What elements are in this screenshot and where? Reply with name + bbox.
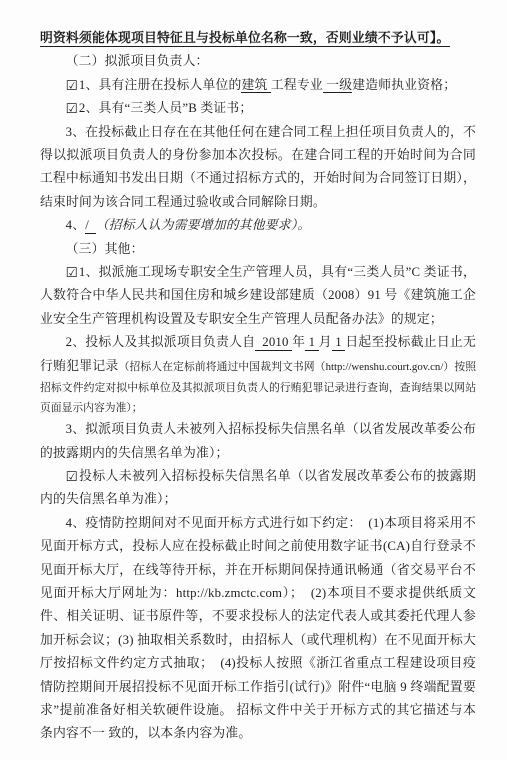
checked-checkbox-icon: ☑ [66, 265, 78, 281]
text-segment: 年 [292, 335, 305, 349]
text-segment: 4、疫情防控期间对不见面开标方式进行如下约定： (1)本项目将采用不见面开标方式… [40, 516, 476, 741]
text-segment: 一级 [323, 78, 352, 94]
text-segment: 3、拟派项目负责人未被列入招标投标失信黑名单（以省发展改革委公布的披露期内的失信… [40, 422, 476, 459]
text-segment: 明资料须能体现项目特征且与投标单位名称一致，否则业绩不予认可】。 [40, 31, 450, 47]
checked-checkbox-icon: ☑ [66, 101, 78, 117]
text-segment: 1 [305, 335, 319, 351]
other-item-bidder-not-blacklisted: ☑投标人未被列入招标投标失信黑名单（以省发展改革委公布的披露期内的失信黑名单为准… [40, 465, 476, 512]
other-item-1-safety-officers: ☑1、拟派施工现场专职安全生产管理人员，具有“三类人员”C 类证书，人数符合中华… [40, 261, 476, 331]
item-1-registered-constructor-qualification: ☑1、具有注册在投标人单位的建筑 工程专业 一级建造师执业资格； [40, 74, 476, 97]
text-segment: / [85, 218, 96, 234]
checked-checkbox-icon: ☑ [66, 78, 78, 94]
text-segment: （二）拟派项目负责人： [66, 54, 209, 68]
text-segment: 1 [332, 335, 346, 351]
document-body: 明资料须能体现项目特征且与投标单位名称一致，否则业绩不予认可】。（二）拟派项目负… [40, 27, 476, 746]
item-3-no-concurrent-projects: 3、在投标截止日存在在其他任何在建合同工程上担任项目负责人的，不得以拟派项目负责… [40, 121, 476, 215]
continuation-proof-requirement: 明资料须能体现项目特征且与投标单位名称一致，否则业绩不予认可】。 [40, 27, 476, 50]
text-segment: 2、具有“三类人员”B 类证书； [79, 101, 252, 115]
checked-checkbox-icon: ☑ [66, 469, 78, 485]
text-segment: （三）其他： [66, 242, 144, 256]
section-2-heading-proposed-project-leader: （二）拟派项目负责人： [40, 50, 476, 73]
other-item-2-no-bribery-record: 2、投标人及其拟派项目负责人自 2010 年 1 月 1 日起至投标截止日止无行… [40, 331, 476, 418]
text-segment: 建筑 [241, 78, 270, 94]
text-segment: 1、拟派施工现场专职安全生产管理人员，具有“三类人员”C 类证书，人数符合中华人… [40, 265, 476, 326]
text-segment: 3、在投标截止日存在在其他任何在建合同工程上担任项目负责人的，不得以拟派项目负责… [40, 125, 476, 209]
text-segment: 投标人未被列入招标投标失信黑名单（以省发展改革委公布的披露期内的失信黑名单为准）… [40, 469, 476, 506]
text-segment: 建造师执业资格； [352, 78, 456, 92]
text-segment: 2010 [255, 335, 292, 351]
item-2-class-b-certificate: ☑2、具有“三类人员”B 类证书； [40, 97, 476, 120]
text-segment: 1、具有注册在投标人单位的 [79, 78, 242, 92]
text-segment: 2、投标人及其拟派项目负责人自 [66, 335, 256, 349]
item-4-other-requirements-blank: 4、/ （招标人认为需要增加的其他要求）。 [40, 214, 476, 237]
section-3-heading-others: （三）其他： [40, 238, 476, 261]
other-item-4-remote-bid-opening: 4、疫情防控期间对不见面开标方式进行如下约定： (1)本项目将采用不见面开标方式… [40, 512, 476, 746]
text-segment: 4、 [66, 218, 86, 232]
document-page: 明资料须能体现项目特征且与投标单位名称一致，否则业绩不予认可】。（二）拟派项目负… [0, 0, 507, 760]
text-segment: 月 [319, 335, 332, 349]
text-segment: （招标人认为需要增加的其他要求）。 [96, 218, 311, 232]
other-item-3-leader-not-blacklisted: 3、拟派项目负责人未被列入招标投标失信黑名单（以省发展改革委公布的披露期内的失信… [40, 418, 476, 465]
text-segment: 工程专业 [271, 78, 323, 92]
